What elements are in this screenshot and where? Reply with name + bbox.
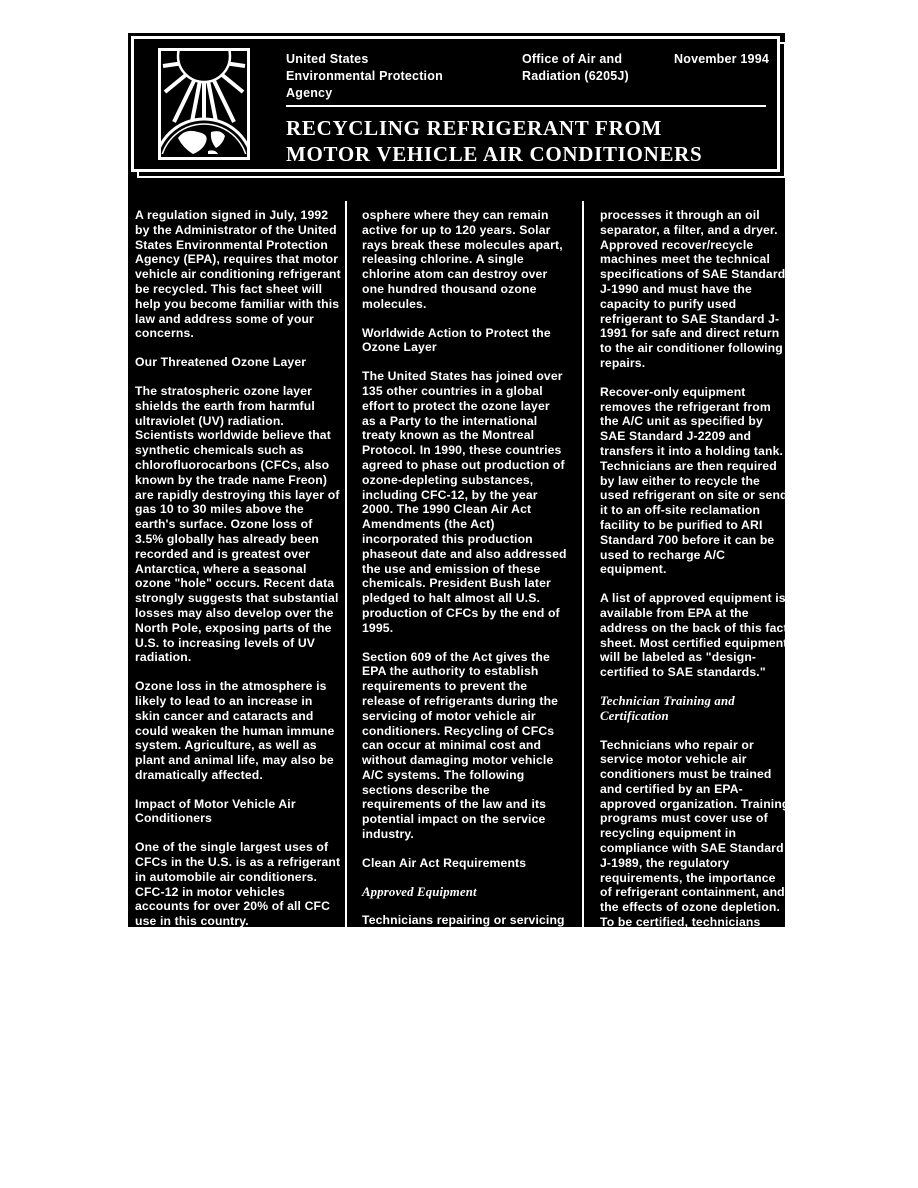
section-heading: Our Threatened Ozone Layer — [135, 355, 341, 370]
section-heading: Worldwide Action to Protect the Ozone La… — [362, 326, 567, 356]
agency-name: United States Environmental Protection A… — [286, 51, 443, 102]
paragraph: Ozone loss in the atmosphere is likely t… — [135, 679, 341, 783]
paragraph: Section 609 of the Act gives the EPA the… — [362, 650, 567, 842]
header-box: United States Environmental Protection A… — [131, 36, 780, 172]
subsection-heading: Sales Restrictions — [600, 1033, 790, 1048]
section-heading: Impact of Motor Vehicle Air Conditioners — [135, 797, 341, 827]
subsection-heading: Approved Equipment — [362, 885, 567, 900]
paragraph: Recover-only equipment removes the refri… — [600, 385, 790, 577]
paragraph: A regulation signed in July, 1992 by the… — [135, 208, 341, 341]
office-of-air-and-radiation: Office of Air and Radiation (6205J) — [522, 51, 629, 85]
paragraph: Technicians who repair or service motor … — [600, 738, 790, 1019]
paragraph: The United States has joined over 135 ot… — [362, 369, 567, 635]
document-black-region: United States Environmental Protection A… — [128, 33, 785, 927]
paragraph: One of the single largest uses of CFCs i… — [135, 840, 341, 929]
section-heading: Clean Air Act Requirements — [362, 856, 567, 871]
paragraph: A list of approved equipment is availabl… — [600, 591, 790, 680]
subsection-heading: Technician Training and Certification — [600, 694, 790, 724]
epa-sun-and-earth-icon — [158, 48, 250, 160]
column-1: A regulation signed in July, 1992 by the… — [135, 208, 341, 1016]
paragraph: osphere where they can remain active for… — [362, 208, 567, 312]
paragraph: Technicians repairing or servicing motor… — [362, 913, 567, 1031]
column-3: processes it through an oil separator, a… — [600, 208, 790, 1120]
paragraph: processes it through an oil separator, a… — [600, 208, 790, 371]
column-2: osphere where they can remain active for… — [362, 208, 567, 1046]
paragraph: The stratospheric ozone layer shields th… — [135, 384, 341, 665]
document-title: RECYCLING REFRIGERANT FROM MOTOR VEHICLE… — [286, 115, 702, 167]
paragraph: The sale of any size containers of CFCs … — [600, 1061, 790, 1105]
publication-date: November 1994 — [674, 51, 769, 68]
header-rule — [286, 105, 766, 107]
scanned-fact-sheet-page: United States Environmental Protection A… — [0, 0, 918, 1188]
column-divider — [582, 201, 584, 927]
paragraph: Commonly released into the air when car … — [135, 943, 341, 1002]
column-divider — [345, 201, 347, 927]
